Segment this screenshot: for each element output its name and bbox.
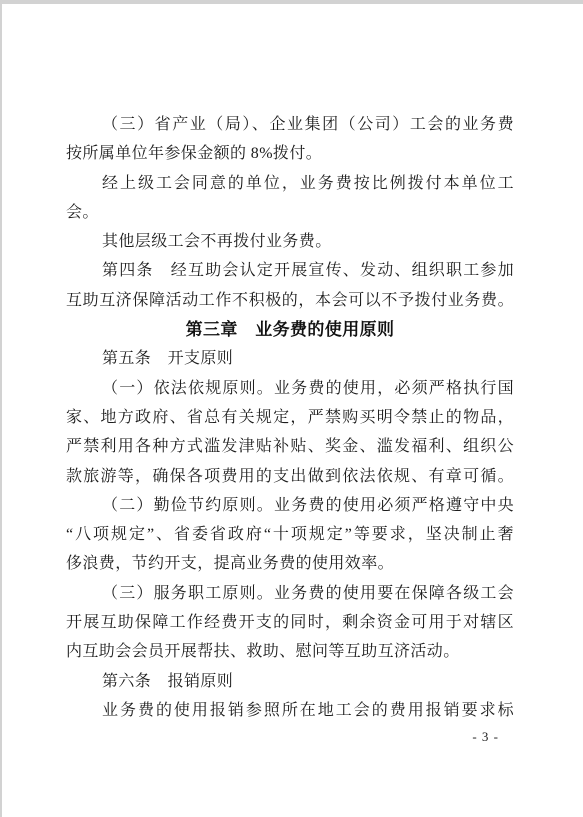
chapter-heading: 第三章 业务费的使用原则 <box>66 315 514 344</box>
text-line: （三）省产业（局）、企业集团（公司）工会的业务费 <box>66 110 514 139</box>
text-line: 第四条 经互助会认定开展宣传、发动、组织职工参加 <box>66 256 514 285</box>
text-line: 家、地方政府、省总有关规定，严禁购买明令禁止的物品， <box>66 403 514 432</box>
text-line: 会。 <box>66 198 514 227</box>
text-line: 开展互助保障工作经费开支的同时，剩余资金可用于对辖区 <box>66 608 514 637</box>
text-line: “八项规定”、省委省政府“十项规定”等要求，坚决制止奢 <box>66 520 514 549</box>
text-line: 款旅游等，确保各项费用的支出做到依法依规、有章可循。 <box>66 462 514 491</box>
text-line: 业务费的使用报销参照所在地工会的费用报销要求标 <box>66 696 514 725</box>
text-line: 经上级工会同意的单位，业务费按比例拨付本单位工 <box>66 169 514 198</box>
document-body: （三）省产业（局）、企业集团（公司）工会的业务费按所属单位年参保金额的 8%拨付… <box>66 110 514 725</box>
text-line: （一）依法依规原则。业务费的使用，必须严格执行国 <box>66 374 514 403</box>
text-line: 严禁利用各种方式滥发津贴补贴、奖金、滥发福利、组织公 <box>66 432 514 461</box>
text-line: 其他层级工会不再拨付业务费。 <box>66 227 514 256</box>
text-line: 侈浪费，节约开支，提高业务费的使用效率。 <box>66 549 514 578</box>
text-line: 第六条 报销原则 <box>66 667 514 696</box>
document-page: （三）省产业（局）、企业集团（公司）工会的业务费按所属单位年参保金额的 8%拨付… <box>0 0 583 817</box>
text-line: （三）服务职工原则。业务费的使用要在保障各级工会 <box>66 579 514 608</box>
text-line: 第五条 开支原则 <box>66 344 514 373</box>
text-line: 按所属单位年参保金额的 8%拨付。 <box>66 139 514 168</box>
text-line: 内互助会会员开展帮扶、救助、慰问等互助互济活动。 <box>66 637 514 666</box>
text-line: 互助互济保障活动工作不积极的，本会可以不予拨付业务费。 <box>66 286 514 315</box>
text-line: （二）勤俭节约原则。业务费的使用必须严格遵守中央 <box>66 491 514 520</box>
page-left-edge <box>0 0 2 817</box>
page-number: - 3 - <box>472 729 499 745</box>
page-top-edge <box>0 0 583 4</box>
